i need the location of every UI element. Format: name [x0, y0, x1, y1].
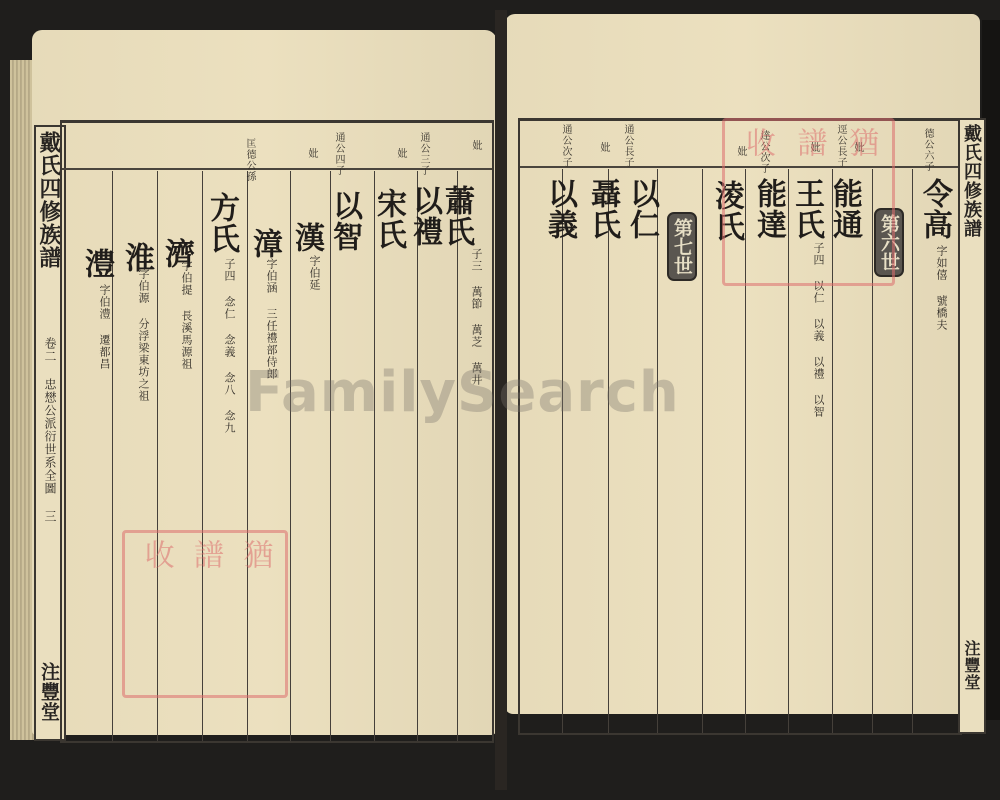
- page-edges: [10, 60, 34, 740]
- header-note: 德公六子: [922, 128, 933, 172]
- book-title: 戴氏四修族譜: [37, 131, 61, 269]
- person-name: 宋氏: [372, 188, 404, 250]
- person-note: 子四 念仁 念義 念八 念九: [223, 258, 236, 434]
- hall-name: 注豐堂: [962, 640, 980, 691]
- person-name: 令高: [918, 178, 950, 240]
- person-note: 字伯提 長溪馬源祖: [180, 260, 193, 370]
- person-note: 字伯延: [308, 255, 321, 291]
- volume-label: 卷二 忠𢡟公派衍世系全圖 三: [43, 337, 56, 523]
- header-note: 通公長子: [622, 124, 633, 168]
- header-note: 妣: [395, 148, 406, 159]
- generation-badge-7: 第七世: [667, 212, 697, 281]
- person-name: 以禮: [408, 185, 440, 247]
- book-title: 戴氏四修族譜: [961, 124, 981, 238]
- header-note: 匡德公孫: [244, 138, 255, 182]
- person-name: 蕭氏: [440, 185, 472, 247]
- person-note: 字伯源 分浮梁東坊之祖: [137, 268, 150, 402]
- person-note: 字伯澧 遷都昌: [98, 284, 111, 370]
- person-name: 方氏: [205, 192, 237, 254]
- person-name: 漳: [248, 228, 280, 259]
- person-name: 漢: [290, 222, 322, 253]
- familysearch-watermark: FamilySearch: [245, 360, 680, 425]
- header-note: 通公次子: [560, 124, 571, 168]
- collector-seal: 猶 譜 收: [722, 118, 895, 286]
- collector-seal: 猶 譜 收: [122, 530, 288, 698]
- right-margin-strip: 戴氏四修族譜 注豐堂: [958, 118, 986, 734]
- person-name: 澧: [80, 248, 112, 279]
- header-note: 妣: [470, 140, 481, 151]
- hall-name: 注豐堂: [39, 662, 59, 722]
- person-name: 以仁: [625, 178, 657, 240]
- header-note: 妣: [598, 142, 609, 153]
- header-note: 通公三子: [418, 132, 429, 176]
- header-note: 妣: [306, 148, 317, 159]
- person-note: 字如僖 號橋夫: [935, 245, 948, 331]
- person-name: 聶氏: [586, 178, 618, 240]
- person-name: 以智: [328, 190, 360, 252]
- header-note: 通公四子: [333, 132, 344, 176]
- person-name: 以義: [543, 178, 575, 240]
